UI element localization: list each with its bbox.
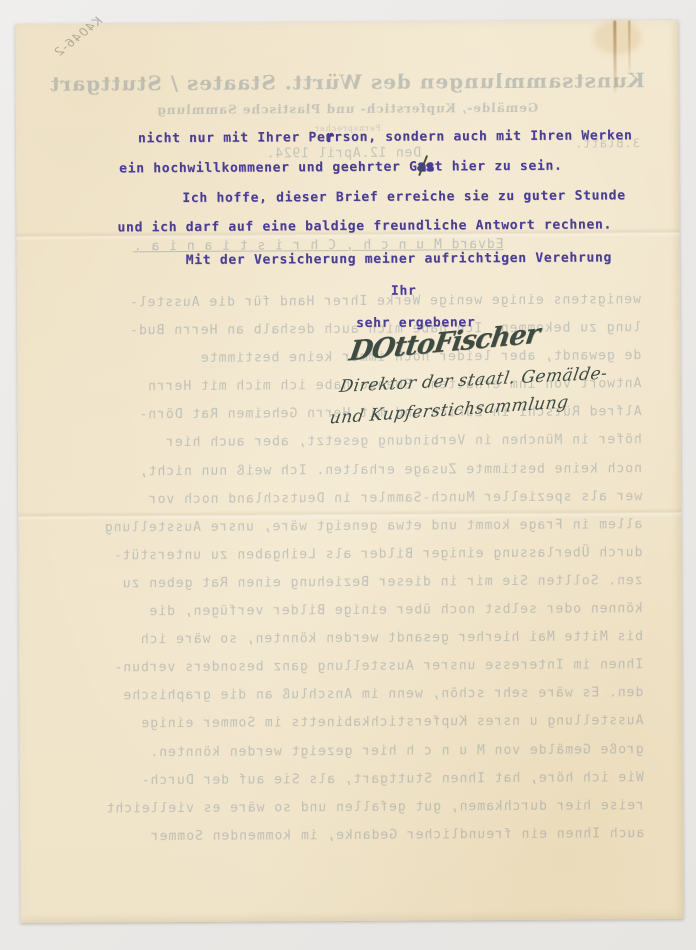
typed-line-2: ein hochwillkommener und geehrter Gast h… [119,159,562,177]
bleed-body-line: große Gemälde von M u n c h hier gezeigt… [58,742,644,774]
typed-closing-ihr: Ihr [391,284,417,299]
letter-paper: K4046-2 Kunstsammlungen des Württ. Staat… [15,20,683,923]
bleed-body-line: noch keine bestimmte Zusage erhalten. Ic… [56,461,642,493]
bleed-letterhead-title: Kunstsammlungen des Württ. Staates / Stu… [16,68,679,96]
typed-line-2-pre: ein hochwillkommener und geehrter G [119,160,418,177]
typed-line-4: und ich darf auf eine baldige freundlich… [117,217,612,235]
typed-line-5: Mit der Versicherung meiner aufrichtigen… [186,250,612,268]
bleed-body-line: reise hier durchkamen, gut gefallen und … [58,798,644,830]
scan-background: K4046-2 Kunstsammlungen des Württ. Staat… [0,0,696,950]
bleed-body-line: können oder selbst noch über einige Bild… [57,601,643,633]
typed-line-1: nicht nur mit Ihrer Perrson, sondern auc… [138,128,633,146]
bleed-body-line: durch Überlassung einiger Bilder als Lei… [56,545,642,577]
bleed-body-line: lung zu bekommen. Ich habe mich auch des… [55,320,641,352]
bleed-body-line: zen. Sollten Sie mir in dieser Beziehung… [57,573,643,605]
bleed-body-line: Ausstellung u nsres Kupferstichkabinetts… [57,714,643,746]
bleed-body-line: wenigstens einige wenige Werke Ihrer Han… [55,292,641,324]
typed-line-1-pre: nicht nur mit Ihrer Pe [138,130,326,146]
typed-line-2-post: t hier zu sein. [435,159,563,175]
bleed-body-line: auch Ihnen ein freundlicher Gedanke, im … [58,826,644,858]
bleed-body-line: höfer in München in Verbindung gesetzt, … [56,433,642,465]
bleed-body-line: den. Es wäre sehr schön, wenn im Anschlu… [57,686,643,718]
bleed-body-line: allem in Frage kommt und etwa geneigt wä… [56,517,642,549]
bleed-letterhead-subtitle: Gemälde-, Kupferstich- und Plastische Sa… [16,100,679,118]
bleed-body-line: bis Mitte Mai hierher gesandt werden kön… [57,629,643,661]
overstrike-mark: r [326,130,335,145]
bleedthrough-layer: Kunstsammlungen des Württ. Staates / Stu… [15,20,683,923]
typed-line-3: Ich hoffe, dieser Brief erreiche sie zu … [182,188,625,206]
typed-line-1-post: rson, sondern auch mit Ihren Werken [334,128,633,145]
bleed-body-line: wer als spezieller Munch-Sammler in Deut… [56,489,642,521]
bleed-body-line: Wie ich höre, hat Ihnen Stuttgart, als S… [58,770,644,802]
bleed-body-line: Ihnen im Interesse unsrer Ausstellung ga… [57,657,643,689]
